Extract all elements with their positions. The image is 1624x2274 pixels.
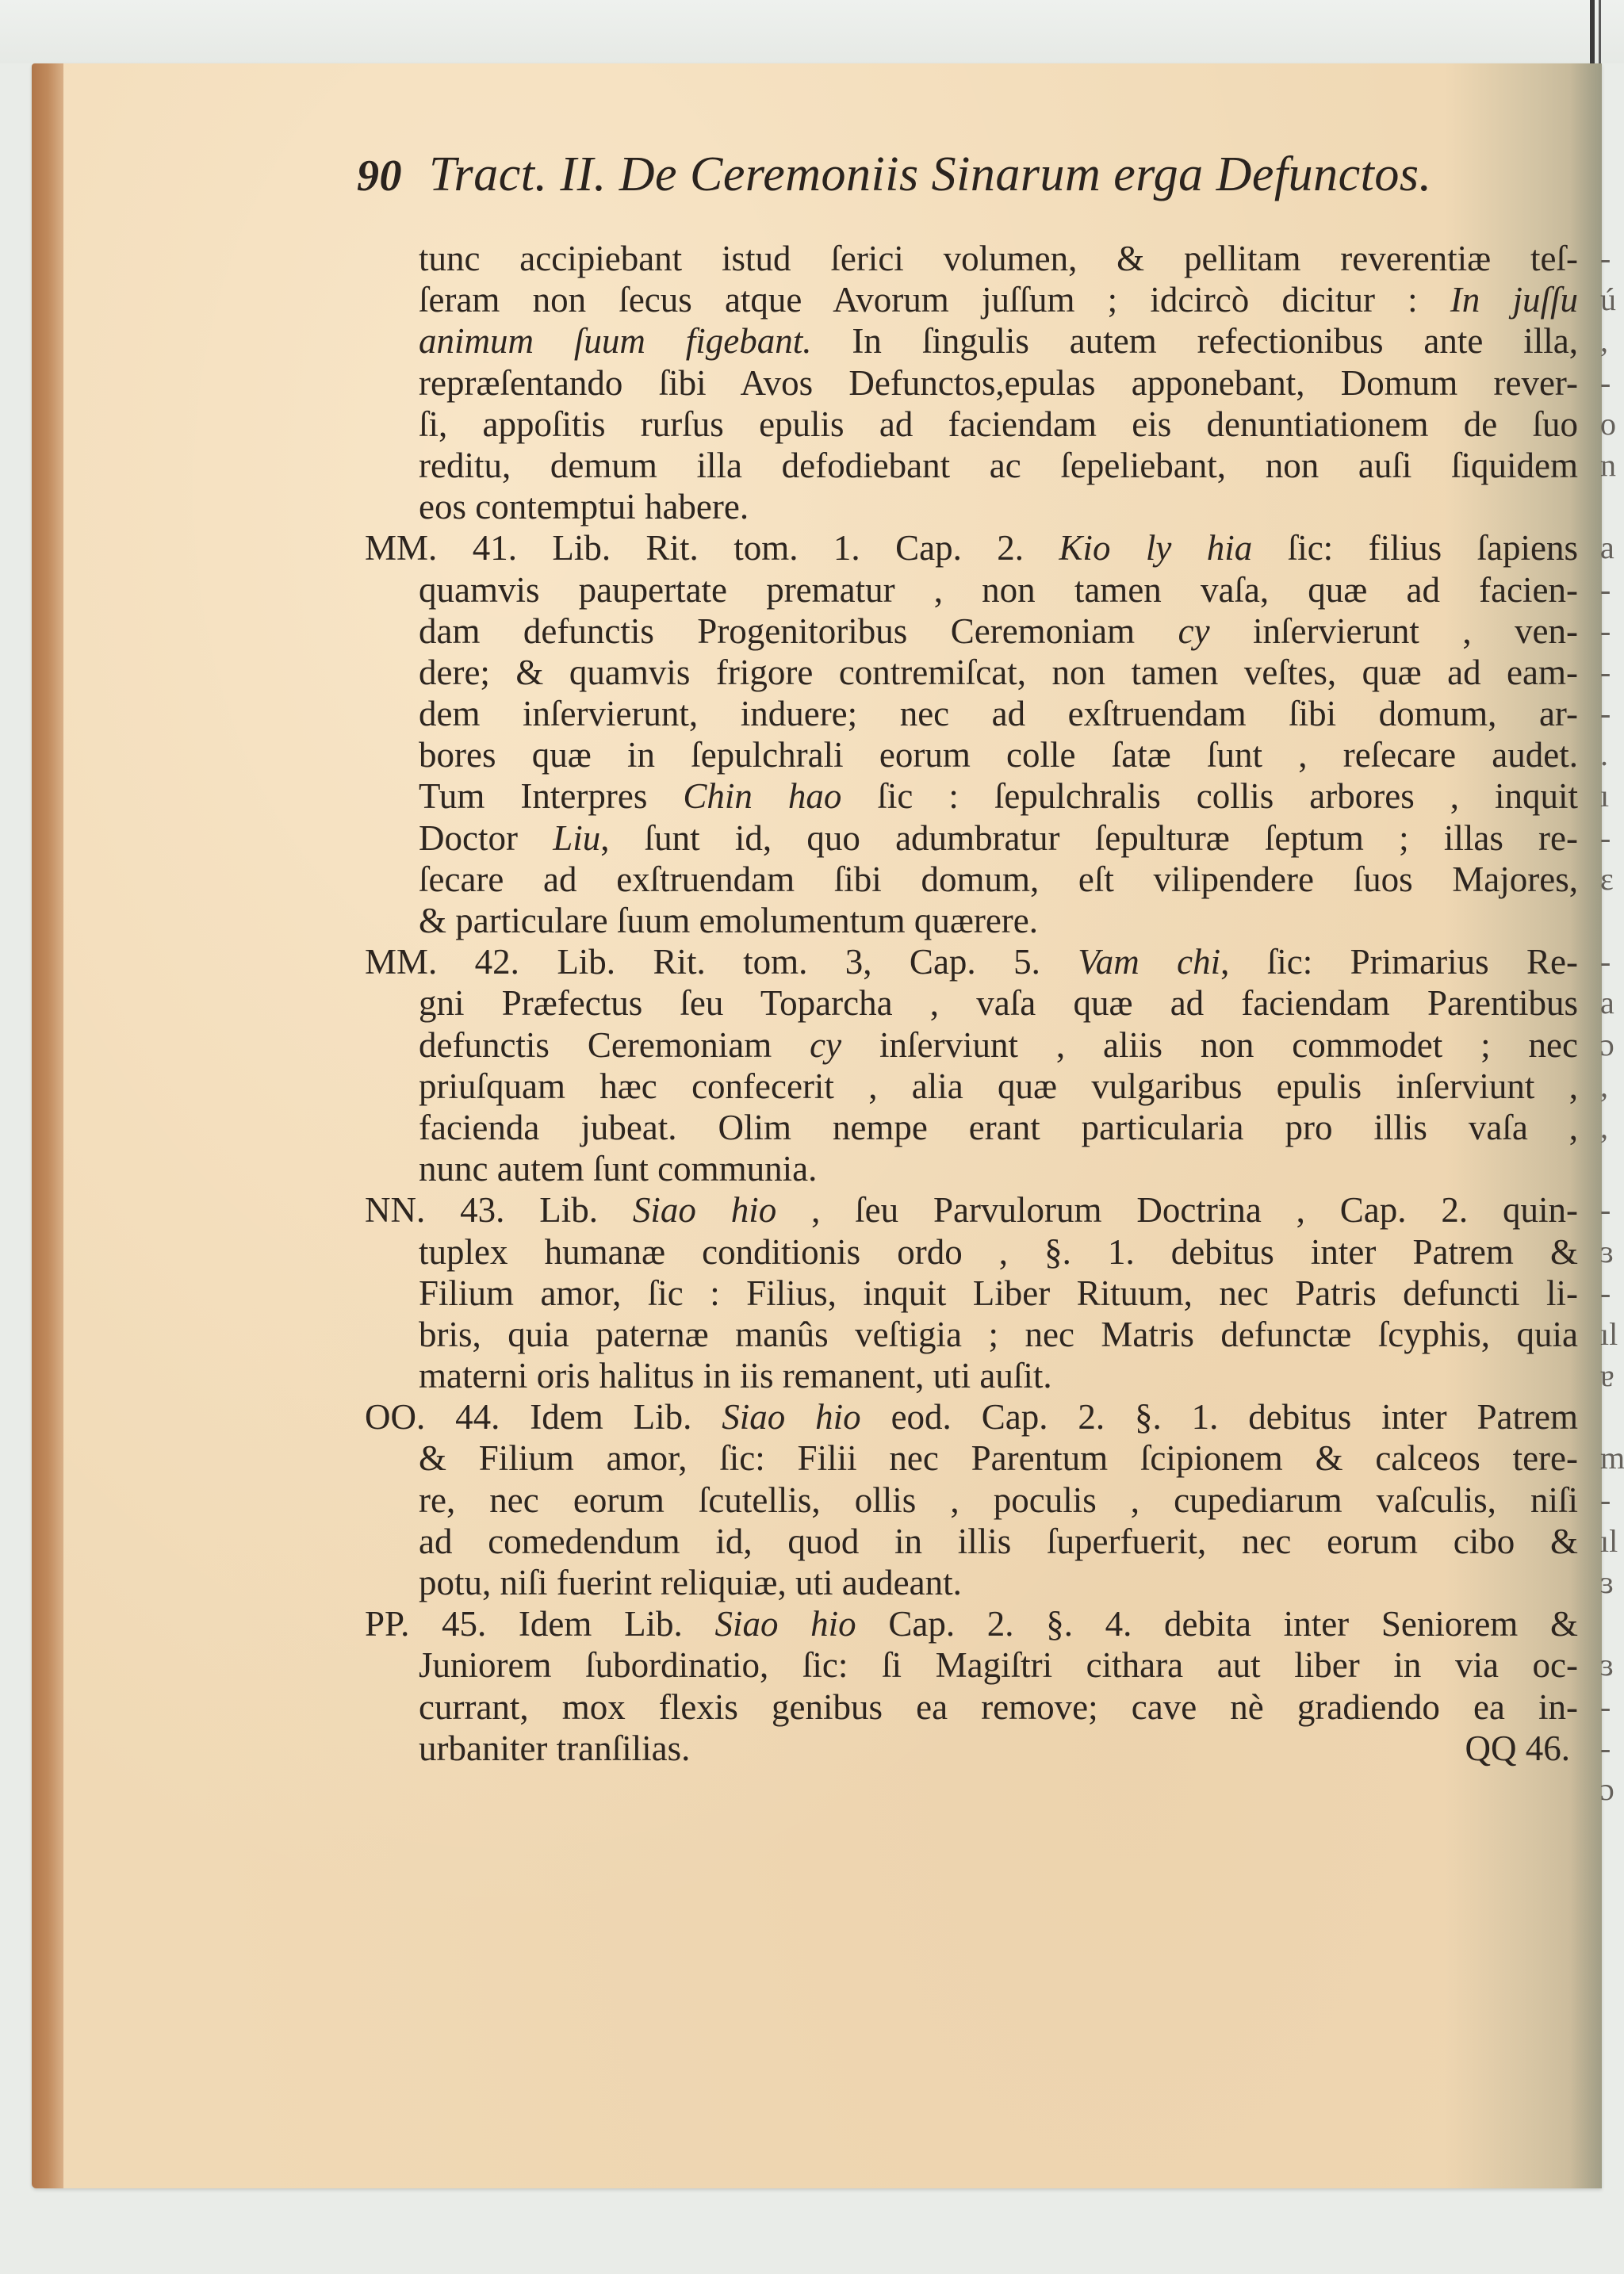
text-run: , ſunt id, quo adumbratur ſepulturæ ſept…: [600, 818, 1578, 858]
text-run: , ſeu Parvulorum Doctrina , Cap. 2. quin…: [776, 1190, 1578, 1230]
bleed-glyph: -: [1600, 941, 1624, 982]
bleed-glyph: .: [1600, 734, 1624, 775]
text-line: ſi, appoſitis rurſus epulis ad faciendam…: [365, 404, 1578, 445]
bleed-glyph: [1600, 1603, 1624, 1644]
catchword: QQ 46.: [1465, 1728, 1571, 1769]
line-text: reditu, demum illa defodiebant ac ſepeli…: [419, 446, 1578, 485]
text-run: Juniorem ſubordinatio, ſic: ſi Magiſtri …: [419, 1645, 1578, 1685]
line-text: tuplex humanæ conditionis ordo , §. 1. d…: [419, 1232, 1578, 1272]
text-run: reditu, demum illa defodiebant ac ſepeli…: [419, 446, 1578, 485]
scan-background: [0, 0, 1624, 63]
italic-term: Vam chi: [1078, 942, 1220, 982]
line-text: animum ſuum figebant. In ſingulis autem …: [419, 321, 1578, 361]
italic-term: Siao hio: [722, 1397, 860, 1437]
text-run: dere; & quamvis frigore contremiſcat, no…: [419, 653, 1578, 692]
bleed-glyph: -: [1600, 1728, 1624, 1769]
text-run: Doctor: [419, 818, 553, 858]
text-line: bris, quia paternæ manûs veſtigia ; nec …: [365, 1314, 1578, 1355]
bleed-glyph: [1600, 486, 1624, 527]
bleed-glyph: m: [1600, 1438, 1624, 1479]
text-run: defunctis Ceremoniam: [419, 1025, 810, 1065]
text-run: MM. 41. Lib. Rit. tom. 1. Cap. 2.: [365, 528, 1059, 568]
text-run: In ſingulis autem refectionibus ante ill…: [812, 321, 1578, 361]
text-run: Tum Interpres: [419, 776, 683, 816]
text-line: defunctis Ceremoniam cy inſerviunt , ali…: [365, 1024, 1578, 1066]
line-text: Tum Interpres Chin hao ſic : ſepulchrali…: [419, 776, 1578, 816]
italic-term: cy: [1178, 611, 1210, 651]
text-line: priuſquam hæc confecerit , alia quæ vulg…: [365, 1066, 1578, 1107]
text-run: inſerviunt , aliis non commodet ; nec: [841, 1025, 1578, 1065]
line-text: gni Præfectus ſeu Toparcha , vaſa quæ ad…: [419, 983, 1578, 1023]
page-fore-edge: [32, 63, 63, 2188]
text-line: animum ſuum figebant. In ſingulis autem …: [365, 320, 1578, 362]
italic-term: In juſſu: [1450, 280, 1578, 320]
text-run: quamvis paupertate prematur , non tamen …: [419, 570, 1578, 610]
text-run: tuplex humanæ conditionis ordo , §. 1. d…: [419, 1232, 1578, 1272]
bleed-glyph: ıl: [1600, 1314, 1624, 1355]
italic-term: Siao hio: [714, 1604, 856, 1644]
bleed-glyph: ú: [1600, 279, 1624, 320]
line-text: Juniorem ſubordinatio, ſic: ſi Magiſtri …: [419, 1645, 1578, 1685]
line-text: tunc accipiebant istud ſerici volumen, &…: [419, 239, 1578, 278]
bleed-glyph: [1600, 1396, 1624, 1438]
bleed-glyph: a: [1600, 527, 1624, 568]
text-line: dem inſervierunt, induere; nec ad exſtru…: [365, 693, 1578, 734]
bleed-glyph: ,: [1600, 320, 1624, 362]
line-text: MM. 42. Lib. Rit. tom. 3, Cap. 5. Vam ch…: [365, 942, 1578, 982]
running-head: 90 Tract. II. De Ceremoniis Sinarum erga…: [357, 147, 1578, 210]
text-run: Cap. 2. §. 4. debita inter Seniorem &: [856, 1604, 1578, 1644]
text-line: ad comedendum id, quod in illis ſuperfue…: [365, 1521, 1578, 1562]
text-line: dam defunctis Progenitoribus Ceremoniam …: [365, 611, 1578, 652]
text-line: reditu, demum illa defodiebant ac ſepeli…: [365, 445, 1578, 486]
bleed-glyph: ɐ: [1600, 1355, 1624, 1396]
italic-term: Siao hio: [633, 1190, 776, 1230]
bleed-glyph: -: [1600, 1480, 1624, 1521]
line-text: & Filium amor, ſic: Filii nec Parentum ſ…: [419, 1438, 1578, 1478]
line-text: potu, niſi fuerint reliquiæ, uti audeant…: [419, 1563, 962, 1602]
bleed-glyph: ɜ: [1600, 1644, 1624, 1686]
line-text: materni oris halitus in iis remanent, ut…: [419, 1356, 1052, 1395]
text-run: , ſic: Primarius Re-: [1220, 942, 1578, 982]
entry-first-line: MM. 41. Lib. Rit. tom. 1. Cap. 2. Kio ly…: [365, 527, 1578, 568]
bleed-glyph: -: [1600, 238, 1624, 279]
line-text: dere; & quamvis frigore contremiſcat, no…: [419, 653, 1578, 692]
text-line: tunc accipiebant istud ſerici volumen, &…: [365, 238, 1578, 279]
bleed-glyph: -: [1600, 817, 1624, 859]
bleed-glyph: ıl: [1600, 1521, 1624, 1562]
text-line: re, nec eorum ſcutellis, ollis , poculis…: [365, 1480, 1578, 1521]
text-run: re, nec eorum ſcutellis, ollis , poculis…: [419, 1480, 1578, 1520]
bleed-glyph: a: [1600, 982, 1624, 1024]
bleed-glyph: -: [1600, 569, 1624, 611]
body-text: tunc accipiebant istud ſerici volumen, &…: [365, 238, 1578, 1769]
text-run: urbaniter tranſilias.: [419, 1728, 690, 1768]
bleed-glyph: ɜ: [1600, 1231, 1624, 1273]
line-text: repræſentando ſibi Avos Defunctos,epulas…: [419, 363, 1578, 403]
line-text: eos contemptui habere.: [419, 487, 749, 526]
text-line: Juniorem ſubordinatio, ſic: ſi Magiſtri …: [365, 1644, 1578, 1686]
italic-term: cy: [810, 1025, 841, 1065]
italic-term: Chin hao: [683, 776, 841, 816]
text-run: ſic : ſepulchralis collis arbores , inqu…: [841, 776, 1578, 816]
entry-first-line: OO. 44. Idem Lib. Siao hio eod. Cap. 2. …: [365, 1396, 1578, 1438]
line-text: & particulare ſuum emolumentum quærere.: [419, 901, 1038, 940]
text-line: Filium amor, ſic : Filius, inquit Liber …: [365, 1273, 1578, 1314]
line-text: dam defunctis Progenitoribus Ceremoniam …: [419, 611, 1578, 651]
text-run: potu, niſi fuerint reliquiæ, uti audeant…: [419, 1563, 962, 1602]
text-run: NN. 43. Lib.: [365, 1190, 633, 1230]
text-run: dem inſervierunt, induere; nec ad exſtru…: [419, 694, 1578, 733]
bleed-glyph: [1600, 1148, 1624, 1189]
text-run: eod. Cap. 2. §. 1. debitus inter Patrem: [861, 1397, 1578, 1437]
text-line: bores quæ in ſepulchrali eorum colle ſat…: [365, 734, 1578, 775]
text-line: ſecare ad exſtruendam ſibi domum, eſt vi…: [365, 859, 1578, 900]
facing-page-bleed-through: -ú,-ona----.ı-ε-aɔ,,-ɜ-ılɐm-ılɜɜ--ɔ: [1600, 238, 1624, 1810]
line-text: quamvis paupertate prematur , non tamen …: [419, 570, 1578, 610]
text-run: ſi, appoſitis rurſus epulis ad faciendam…: [419, 404, 1578, 444]
text-run: nunc autem ſunt communia.: [419, 1149, 817, 1189]
text-run: currant, mox flexis genibus ea remove; c…: [419, 1687, 1578, 1727]
text-run: repræſentando ſibi Avos Defunctos,epulas…: [419, 363, 1578, 403]
line-text: PP. 45. Idem Lib. Siao hio Cap. 2. §. 4.…: [365, 1604, 1578, 1644]
line-text: defunctis Ceremoniam cy inſerviunt , ali…: [419, 1025, 1578, 1065]
text-line: tuplex humanæ conditionis ordo , §. 1. d…: [365, 1231, 1578, 1273]
line-text: nunc autem ſunt communia.: [419, 1149, 817, 1189]
text-line: potu, niſi fuerint reliquiæ, uti audeant…: [365, 1562, 1578, 1603]
text-line: ſeram non ſecus atque Avorum juſſum ; id…: [365, 279, 1578, 320]
text-run: tunc accipiebant istud ſerici volumen, &…: [419, 239, 1578, 278]
bleed-glyph: ɜ: [1600, 1562, 1624, 1603]
entry-first-line: PP. 45. Idem Lib. Siao hio Cap. 2. §. 4.…: [365, 1603, 1578, 1644]
text-run: materni oris halitus in iis remanent, ut…: [419, 1356, 1052, 1395]
bleed-glyph: ε: [1600, 859, 1624, 900]
text-run: ad comedendum id, quod in illis ſuperfue…: [419, 1522, 1578, 1561]
text-run: ſecare ad exſtruendam ſibi domum, eſt vi…: [419, 859, 1578, 899]
line-text: ſi, appoſitis rurſus epulis ad faciendam…: [419, 404, 1578, 444]
line-text: facienda jubeat. Olim nempe erant partic…: [419, 1108, 1578, 1147]
line-text: urbaniter tranſilias.: [419, 1728, 690, 1769]
text-line: dere; & quamvis frigore contremiſcat, no…: [365, 652, 1578, 693]
italic-term: animum ſuum figebant.: [419, 321, 812, 361]
bleed-glyph: -: [1600, 693, 1624, 734]
text-run: facienda jubeat. Olim nempe erant partic…: [419, 1108, 1578, 1147]
text-run: & Filium amor, ſic: Filii nec Parentum ſ…: [419, 1438, 1578, 1478]
text-run: priuſquam hæc confecerit , alia quæ vulg…: [419, 1066, 1578, 1106]
text-line: facienda jubeat. Olim nempe erant partic…: [365, 1107, 1578, 1148]
text-line: Tum Interpres Chin hao ſic : ſepulchrali…: [365, 775, 1578, 817]
bleed-glyph: ,: [1600, 1066, 1624, 1107]
binding-edge-inner: [1599, 0, 1601, 63]
line-text: ſecare ad exſtruendam ſibi domum, eſt vi…: [419, 859, 1578, 899]
bleed-glyph: -: [1600, 1189, 1624, 1231]
bleed-glyph: -: [1600, 362, 1624, 404]
text-line: gni Præfectus ſeu Toparcha , vaſa quæ ad…: [365, 982, 1578, 1024]
line-text: Doctor Liu, ſunt id, quo adumbratur ſepu…: [419, 818, 1578, 858]
bleed-glyph: n: [1600, 445, 1624, 486]
text-run: Filium amor, ſic : Filius, inquit Liber …: [419, 1273, 1578, 1313]
text-run: PP. 45. Idem Lib.: [365, 1604, 714, 1644]
bleed-glyph: -: [1600, 611, 1624, 652]
bleed-glyph: ı: [1600, 775, 1624, 817]
bleed-glyph: -: [1600, 1686, 1624, 1728]
text-run: gni Præfectus ſeu Toparcha , vaſa quæ ad…: [419, 983, 1578, 1023]
text-run: inſervierunt , ven-: [1210, 611, 1578, 651]
text-line: quamvis paupertate prematur , non tamen …: [365, 569, 1578, 611]
text-run: eos contemptui habere.: [419, 487, 749, 526]
text-line: & particulare ſuum emolumentum quærere.: [365, 900, 1578, 941]
text-run: MM. 42. Lib. Rit. tom. 3, Cap. 5.: [365, 942, 1078, 982]
line-text: currant, mox flexis genibus ea remove; c…: [419, 1687, 1578, 1727]
text-line: repræſentando ſibi Avos Defunctos,epulas…: [365, 362, 1578, 404]
line-text: bris, quia paternæ manûs veſtigia ; nec …: [419, 1315, 1578, 1354]
text-line: nunc autem ſunt communia.: [365, 1148, 1578, 1189]
text-run: & particulare ſuum emolumentum quærere.: [419, 901, 1038, 940]
text-line: materni oris halitus in iis remanent, ut…: [365, 1355, 1578, 1396]
running-title: Tract. II. De Ceremoniis Sinarum erga De…: [429, 147, 1431, 203]
line-text: OO. 44. Idem Lib. Siao hio eod. Cap. 2. …: [365, 1397, 1578, 1437]
text-run: bris, quia paternæ manûs veſtigia ; nec …: [419, 1315, 1578, 1354]
bleed-glyph: ɔ: [1600, 1769, 1624, 1810]
bleed-glyph: -: [1600, 652, 1624, 693]
text-line: currant, mox flexis genibus ea remove; c…: [365, 1686, 1578, 1728]
page-number: 90: [357, 151, 402, 201]
bleed-glyph: -: [1600, 1273, 1624, 1314]
binding-edge: [1590, 0, 1595, 63]
entry-first-line: NN. 43. Lib. Siao hio , ſeu Parvulorum D…: [365, 1189, 1578, 1231]
line-text: ſeram non ſecus atque Avorum juſſum ; id…: [419, 280, 1578, 320]
bleed-glyph: ɔ: [1600, 1024, 1624, 1066]
text-line: Doctor Liu, ſunt id, quo adumbratur ſepu…: [365, 817, 1578, 859]
line-text: bores quæ in ſepulchrali eorum colle ſat…: [419, 735, 1578, 775]
text-line: urbaniter tranſilias.QQ 46.: [365, 1728, 1578, 1769]
bleed-glyph: o: [1600, 404, 1624, 445]
line-text: re, nec eorum ſcutellis, ollis , poculis…: [419, 1480, 1578, 1520]
text-line: eos contemptui habere.: [365, 486, 1578, 527]
line-text: NN. 43. Lib. Siao hio , ſeu Parvulorum D…: [365, 1190, 1578, 1230]
text-run: ſeram non ſecus atque Avorum juſſum ; id…: [419, 280, 1450, 320]
text-run: ſic: filius ſapiens: [1252, 528, 1578, 568]
text-run: OO. 44. Idem Lib.: [365, 1397, 722, 1437]
line-text: ad comedendum id, quod in illis ſuperfue…: [419, 1522, 1578, 1561]
line-text: priuſquam hæc confecerit , alia quæ vulg…: [419, 1066, 1578, 1106]
line-text: MM. 41. Lib. Rit. tom. 1. Cap. 2. Kio ly…: [365, 528, 1578, 568]
line-text: Filium amor, ſic : Filius, inquit Liber …: [419, 1273, 1578, 1313]
bleed-glyph: [1600, 900, 1624, 941]
entry-first-line: MM. 42. Lib. Rit. tom. 3, Cap. 5. Vam ch…: [365, 941, 1578, 982]
text-run: dam defunctis Progenitoribus Ceremoniam: [419, 611, 1178, 651]
text-run: bores quæ in ſepulchrali eorum colle ſat…: [419, 735, 1578, 775]
italic-term: Kio ly hia: [1059, 528, 1252, 568]
text-line: & Filium amor, ſic: Filii nec Parentum ſ…: [365, 1438, 1578, 1479]
bleed-glyph: ,: [1600, 1107, 1624, 1148]
italic-term: Liu: [553, 818, 600, 858]
line-text: dem inſervierunt, induere; nec ad exſtru…: [419, 694, 1578, 733]
